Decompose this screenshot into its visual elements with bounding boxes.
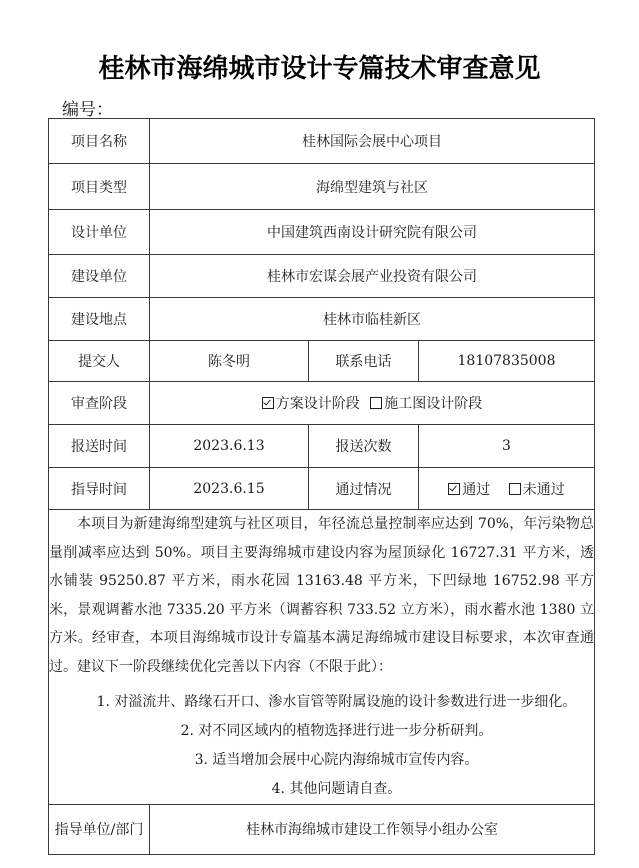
construction-site-label: 建设地点 xyxy=(49,298,150,341)
design-unit-label: 设计单位 xyxy=(49,210,150,255)
pass-status-options: 通过 未通过 xyxy=(419,468,595,510)
design-unit-value: 中国建筑西南设计研究院有限公司 xyxy=(150,210,595,255)
row-guidance: 指导时间 2023.6.15 通过情况 通过 未通过 xyxy=(49,468,595,510)
opinion-paragraph: 本项目为新建海绵型建筑与社区项目，年径流总量控制率应达到 70%，年污染物总量削… xyxy=(49,510,594,682)
guidance-time-label: 指导时间 xyxy=(49,468,150,510)
submission-count-label: 报送次数 xyxy=(309,425,419,468)
row-design-unit: 设计单位 中国建筑西南设计研究院有限公司 xyxy=(49,210,595,255)
row-submission: 报送时间 2023.6.13 报送次数 3 xyxy=(49,425,595,468)
submission-time-value: 2023.6.13 xyxy=(150,425,309,468)
row-guiding-unit: 指导单位/部门 桂林市海绵城市建设工作领导小组办公室 xyxy=(49,804,595,854)
review-stage-options: 方案设计阶段 施工图设计阶段 xyxy=(150,382,595,425)
option-passed: 通过 xyxy=(462,482,490,498)
recommendation-list: 1. 对溢流井、路缘石开口、渗水盲管等附属设施的设计参数进行进一步细化。 2. … xyxy=(49,688,594,804)
recommendation-item: 4. 其他问题请自查。 xyxy=(49,775,594,804)
row-review-stage: 审查阶段 方案设计阶段 施工图设计阶段 xyxy=(49,382,595,425)
option-construction-drawing: 施工图设计阶段 xyxy=(384,396,482,412)
serial-number-label: 编号： xyxy=(62,95,113,120)
construction-unit-label: 建设单位 xyxy=(49,255,150,298)
row-construction-site: 建设地点 桂林市临桂新区 xyxy=(49,298,595,341)
row-construction-unit: 建设单位 桂林市宏谋会展产业投资有限公司 xyxy=(49,255,595,298)
project-name-label: 项目名称 xyxy=(49,119,150,164)
review-stage-label: 审查阶段 xyxy=(49,382,150,425)
phone-label: 联系电话 xyxy=(309,341,419,382)
submission-count-value: 3 xyxy=(419,425,595,468)
submitter-label: 提交人 xyxy=(49,341,150,382)
project-type-label: 项目类型 xyxy=(49,164,150,210)
document-title: 桂林市海绵城市设计专篇技术审查意见 xyxy=(0,48,639,85)
phone-value: 18107835008 xyxy=(419,341,595,382)
row-submitter: 提交人 陈冬明 联系电话 18107835008 xyxy=(49,341,595,382)
project-name-value: 桂林国际会展中心项目 xyxy=(150,119,595,164)
guiding-unit-value: 桂林市海绵城市建设工作领导小组办公室 xyxy=(150,804,595,854)
review-opinion: 本项目为新建海绵型建筑与社区项目，年径流总量控制率应达到 70%，年污染物总量削… xyxy=(49,510,595,805)
review-form-table: 项目名称 桂林国际会展中心项目 项目类型 海绵型建筑与社区 设计单位 中国建筑西… xyxy=(48,118,595,855)
recommendation-item: 1. 对溢流井、路缘石开口、渗水盲管等附属设施的设计参数进行进一步细化。 xyxy=(49,688,594,717)
construction-site-value: 桂林市临桂新区 xyxy=(150,298,595,341)
row-opinion: 本项目为新建海绵型建筑与社区项目，年径流总量控制率应达到 70%，年污染物总量削… xyxy=(49,510,595,805)
pass-status-label: 通过情况 xyxy=(309,468,419,510)
guidance-time-value: 2023.6.15 xyxy=(150,468,309,510)
checkbox-unchecked-icon[interactable] xyxy=(509,483,521,495)
recommendation-item: 2. 对不同区域内的植物选择进行进一步分析研判。 xyxy=(49,717,594,746)
option-not-passed: 未通过 xyxy=(523,482,565,498)
checkbox-checked-icon[interactable] xyxy=(262,397,274,409)
row-project-type: 项目类型 海绵型建筑与社区 xyxy=(49,164,595,210)
guiding-unit-label: 指导单位/部门 xyxy=(49,804,150,854)
project-type-value: 海绵型建筑与社区 xyxy=(150,164,595,210)
checkbox-unchecked-icon[interactable] xyxy=(370,397,382,409)
submitter-value: 陈冬明 xyxy=(150,341,309,382)
row-project-name: 项目名称 桂林国际会展中心项目 xyxy=(49,119,595,164)
checkbox-checked-icon[interactable] xyxy=(448,483,460,495)
recommendation-item: 3. 适当增加会展中心院内海绵城市宣传内容。 xyxy=(49,746,594,775)
submission-time-label: 报送时间 xyxy=(49,425,150,468)
construction-unit-value: 桂林市宏谋会展产业投资有限公司 xyxy=(150,255,595,298)
option-scheme-design: 方案设计阶段 xyxy=(276,396,360,412)
